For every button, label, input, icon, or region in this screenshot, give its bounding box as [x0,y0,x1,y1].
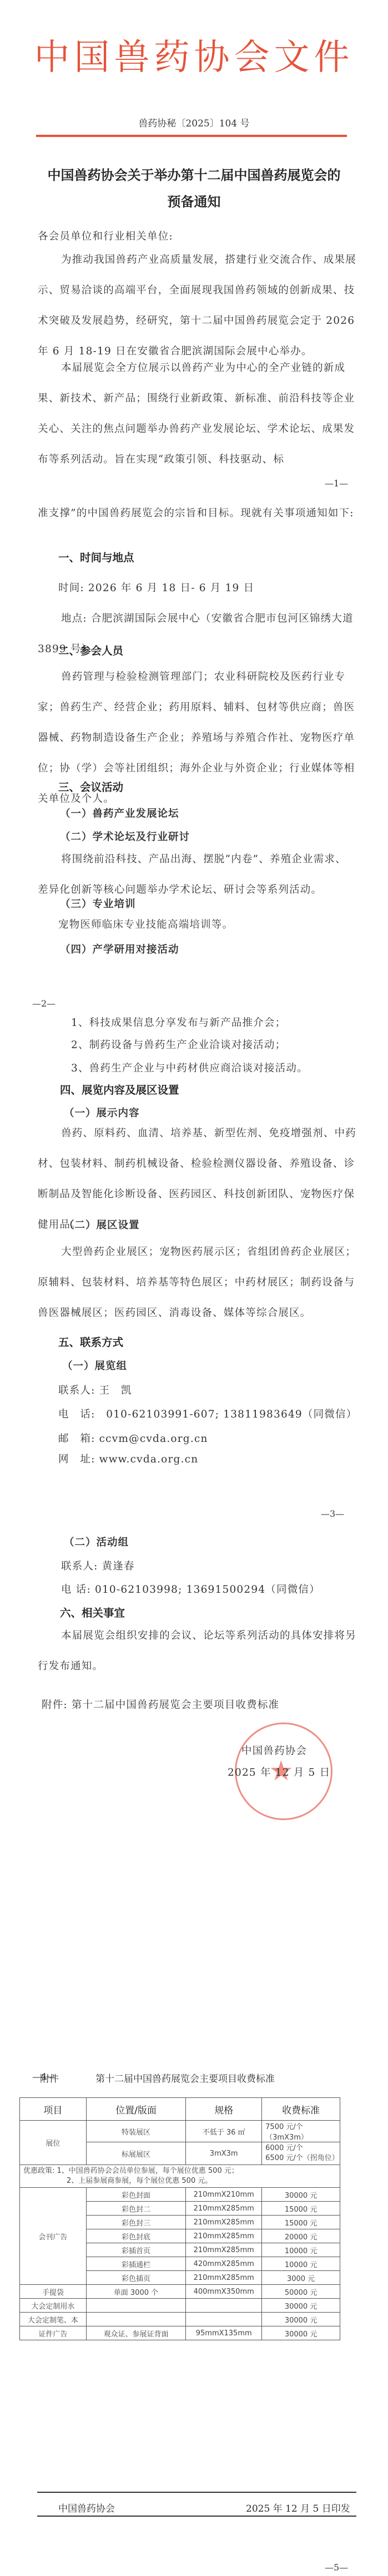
fee-cell: 15000 元 [262,2202,340,2216]
fee-cell: 7500 元/个（3mX3m） [262,2121,340,2142]
position-cell: 彩插首页 [86,2243,186,2257]
spec-cell: 210mmX285mm [186,2202,262,2216]
table-row: 大会定制用水 30000 元 [20,2299,340,2313]
spec-cell: 210mmX285mm [186,2216,262,2229]
exhibition-contact-website[interactable]: 网 址: www.cvda.org.cn [58,1451,198,1466]
item-cell: 大会定制用水 [20,2299,87,2313]
related-matters-body: 本届展览会组织安排的会议、论坛等系列活动的具体安排将另行发布通知。 [38,1620,357,1681]
attachment-label: 附件 [40,2071,59,2085]
subheading-training: （三）专业培训 [60,896,136,911]
training-body: 宠物医师临床专业技能高端培训等。 [58,917,233,931]
fee-standard: 6000 元/个 [265,2143,339,2153]
table-row: 手提袋 单面 3000 个 400mmX350mm 50000 元 [20,2285,340,2299]
fee-cell: 50000 元 [262,2285,340,2299]
position-cell: 观众证、参展证背面 [86,2326,186,2340]
fee-cell: 6000 元/个 6500 元/个（拐角位） [262,2142,340,2165]
table-row: 大会定制笔、本 30000 元 [20,2313,340,2326]
spec-cell: 210mmX285mm [186,2271,262,2285]
position-cell: 特装展区 [86,2121,186,2142]
activity-contact-phone: 电 话: 010-62103998; 13691500294（同微信） [61,1582,320,1596]
document-number: 兽药协秘〔2025〕104 号 [0,115,388,129]
imprint-org: 中国兽药协会 [58,2501,115,2514]
item-cell: 手提袋 [20,2285,87,2299]
item-cell: 会刊广告 [20,2188,87,2285]
fee-cell: 30000 元 [262,2299,340,2313]
intro-paragraph-2-continued: 准支撑”的中国兽药展览会的宗旨和目标。现就有关事项通知如下: [38,498,357,529]
imprint-top-rule [37,2492,356,2493]
position-cell: 单面 3000 个 [86,2285,186,2299]
column-header: 项目 [20,2098,87,2121]
spec-cell: 210mmX285mm [186,2243,262,2257]
fee-cell: 30000 元 [262,2313,340,2326]
spec-cell: 210mmX210mm [186,2188,262,2202]
table-row: 证件广告 观众证、参展证背面 95mmX135mm 30000 元 [20,2326,340,2340]
fee-table: 项目 位置/版面 规格 收费标准 展位 特装展区 不低于 36 ㎡ 7500 元… [19,2097,340,2340]
spec-cell [186,2313,262,2326]
signature-date: 2025 年 12 月 5 日 [228,1765,330,1779]
intro-paragraph-1: 为推动我国兽药产业高质量发展，搭建行业交流合作、成果展示、贸易洽谈的高端平台，全… [38,245,357,367]
attachment-reference[interactable]: 附件: 第十二届中国兽药展览会主要项目收费标准 [42,1697,279,1711]
org-document-title: 中国兽药协会文件 [0,29,388,80]
position-cell: 彩色封底 [86,2229,186,2243]
position-cell [86,2313,186,2326]
section-heading-activities: 三、会议活动 [58,779,123,794]
section-heading-attendees: 二、参会人员 [58,642,123,658]
spec-cell [186,2299,262,2313]
section-heading-exhibition: 四、展览内容及展区设置 [60,1081,179,1097]
item-cell: 展位 [20,2121,87,2165]
page-number: —2— [32,998,56,1009]
spec-cell: 不低于 36 ㎡ [186,2121,262,2142]
notice-title-line1: 中国兽药协会关于举办第十二届中国兽药展览会的 [0,164,388,184]
fee-corner: 6500 元/个（拐角位） [265,2153,339,2163]
position-cell: 彩色封二 [86,2202,186,2216]
header-red-divider [36,135,347,137]
zone-setup-body: 大型兽药企业展区；宠物医药展示区；省组团兽药企业展区；原辅料、包装材料、培养基等… [38,1237,357,1328]
fee-cell: 10000 元 [262,2257,340,2271]
page-number: —3— [321,1508,344,1519]
policy-line-2: 2、上届参展商参展，每个展位优惠 500 元。 [23,2176,339,2186]
imprint-bottom-rule [37,2516,356,2517]
item-cell: 大会定制笔、本 [20,2313,87,2326]
position-cell: 彩插通栏 [86,2257,186,2271]
subheading-exhibition-group: （一）展览组 [62,1358,127,1373]
fee-cell: 30000 元 [262,2326,340,2340]
fee-cell: 30000 元 [262,2188,340,2202]
item-cell: 证件广告 [20,2326,87,2340]
fee-cell: 20000 元 [262,2229,340,2243]
subheading-activity-group: （二）活动组 [64,1535,129,1549]
fee-cell: 3000 元 [262,2271,340,2285]
matchmaking-item: 1、科技成果信息分享发布与新产品推介会； [71,1015,286,1029]
subheading-industry-forum: （一）兽药产业发展论坛 [60,806,179,820]
discount-policy: 优惠政策: 1、中国兽药协会会员单位参展，每个展位优惠 500 元； 2、上届参… [20,2165,340,2188]
exhibition-contact-person: 联系人: 王 凯 [58,1383,132,1397]
exhibition-contact-phone: 电 话: 010-62103991-607; 13811983649（同微信） [58,1406,357,1421]
position-cell: 彩色封三 [86,2216,186,2229]
position-cell: 彩色插页 [86,2271,186,2285]
subheading-matchmaking: （四）产学研用对接活动 [60,942,179,956]
notice-title-line2: 预备通知 [0,191,388,210]
position-cell [86,2299,186,2313]
activity-contact-person: 联系人: 黄逢春 [61,1558,135,1573]
table-row: 展位 特装展区 不低于 36 ㎡ 7500 元/个（3mX3m） [20,2121,340,2142]
column-header: 位置/版面 [86,2098,186,2121]
section-heading-time-place: 一、时间与地点 [58,549,134,565]
column-header: 规格 [186,2098,262,2121]
subheading-zone-setup: （二）展区设置 [64,1217,140,1232]
fee-cell: 15000 元 [262,2216,340,2229]
spec-cell: 3mX3m [186,2142,262,2165]
exhibition-contact-email[interactable]: 邮 箱: ccvm@cvda.org.cn [58,1431,208,1445]
attachment-title: 第十二届中国兽药展览会主要项目收费标准 [95,2071,275,2085]
position-cell: 彩色封面 [86,2188,186,2202]
policy-line-1: 优惠政策: 1、中国兽药协会会员单位参展，每个展位优惠 500 元； [23,2166,339,2176]
subheading-academic-forum: （二）学术论坛及行业研讨 [60,829,190,844]
imprint-date: 2025 年 12 月 5 日印发 [246,2501,350,2514]
table-header-row: 项目 位置/版面 规格 收费标准 [20,2098,340,2121]
section-heading-related-matters: 六、相关事宜 [60,1604,125,1620]
section-heading-contact: 五、联系方式 [58,1334,123,1349]
spec-cell: 400mmX350mm [186,2285,262,2299]
spec-cell: 210mmX285mm [186,2229,262,2243]
page-number: —5— [325,2562,348,2573]
matchmaking-item: 2、制药设备与兽药生产企业洽谈对接活动； [71,1037,286,1051]
fee-cell: 10000 元 [262,2243,340,2257]
page-number: —1— [325,478,348,489]
intro-paragraph-2: 本届展览会全方位展示以兽药产业为中心的全产业链的新成果、新技术、新产品；围绕行业… [38,353,357,475]
column-header: 收费标准 [262,2098,340,2121]
table-row: 会刊广告 彩色封面 210mmX210mm 30000 元 [20,2188,340,2202]
event-time: 时间: 2026 年 6 月 18 日- 6 月 19 日 [58,580,254,595]
spec-cell: 95mmX135mm [186,2326,262,2340]
signature-org: 中国兽药协会 [241,1743,307,1757]
spec-cell: 420mmX285mm [186,2257,262,2271]
position-cell: 标展展区 [86,2142,186,2165]
matchmaking-item: 3、兽药生产企业与中药材供应商洽谈对接活动。 [71,1060,308,1075]
policy-row: 优惠政策: 1、中国兽药协会会员单位参展，每个展位优惠 500 元； 2、上届参… [20,2165,340,2188]
